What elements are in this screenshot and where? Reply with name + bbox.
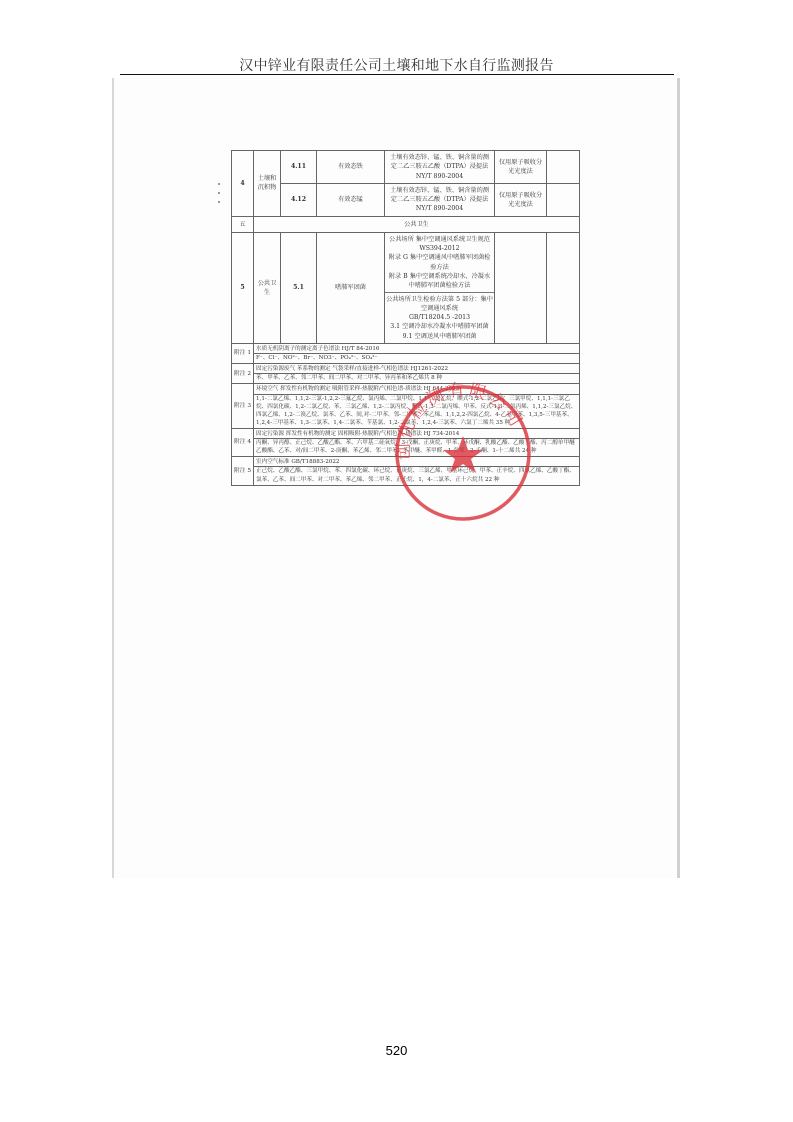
note-row: 附注 5 室内空气标准 GB/T18883-2022 正己烷、乙酸乙酯、三氯甲烷…	[232, 457, 580, 485]
table-row: 5 公共卫生 5.1 嗜肺军团菌 公共场所 集中空调通风系统卫生规范 WS394…	[232, 232, 580, 343]
note-row: 附注 3 环境空气 挥发性有机物的测定 吸附管采样-热脱附/气相色谱-质谱法 H…	[232, 384, 580, 429]
note-content: 固定污染源 挥发性有机物的测定 固相吸附-热脱附/气相色谱-质谱法 HJ 734…	[254, 429, 580, 457]
note-content: 室内空气标准 GB/T18883-2022 正己烷、乙酸乙酯、三氯甲烷、苯、四氯…	[254, 457, 580, 485]
item-standard: NY/T 890-2004	[416, 173, 463, 180]
binding-marks	[218, 183, 222, 217]
method-table: 4 土壤和沉积物 4.11 有效态铁 土壤有效态锌、锰、铁、铜含量的测定二乙三胺…	[231, 150, 580, 486]
section-title: 公共卫生	[254, 216, 580, 232]
item-instrument	[495, 232, 547, 343]
group-category: 土壤和沉积物	[254, 151, 281, 217]
item-method: 土壤有效态锌、锰、铁、铜含量的测定二乙三胺五乙酸（DTPA）浸提法 NY/T 8…	[385, 151, 495, 184]
note-label: 附注 4	[232, 429, 254, 457]
note-row: 附注 2 固定污染源废气 苯系物的测定 气袋采样/直接进样-气相色谱法 HJ12…	[232, 364, 580, 384]
note-content: 水质无机阴离子的测定离子色谱法 HJ/T 84-2016 F⁻、Cl⁻、NO²⁻…	[254, 344, 580, 364]
item-method: 土壤有效态锌、锰、铁、铜含量的测定二乙三胺五乙酸（DTPA）浸提法 NY/T 8…	[385, 183, 495, 216]
section-row: 五 公共卫生	[232, 216, 580, 232]
item-remark	[547, 151, 580, 184]
item-code: 4.11	[281, 151, 317, 184]
group-number: 4	[232, 151, 254, 217]
table-row: 4.12 有效态锰 土壤有效态锌、锰、铁、铜含量的测定二乙三胺五乙酸（DTPA）…	[232, 183, 580, 216]
item-code: 4.12	[281, 183, 317, 216]
page-number: 520	[0, 1043, 793, 1058]
item-standard: NY/T 890-2004	[416, 205, 463, 212]
note-row: 附注 4 固定污染源 挥发性有机物的测定 固相吸附-热脱附/气相色谱-质谱法 H…	[232, 429, 580, 457]
item-name: 有效态铁	[317, 151, 385, 184]
note-label: 附注 1	[232, 344, 254, 364]
item-remark	[547, 183, 580, 216]
note-row: 附注 1 水质无机阴离子的测定离子色谱法 HJ/T 84-2016 F⁻、Cl⁻…	[232, 344, 580, 364]
item-name: 有效态锰	[317, 183, 385, 216]
item-code: 5.1	[281, 232, 317, 343]
group-number: 5	[232, 232, 254, 343]
group-category: 公共卫生	[254, 232, 281, 343]
item-method-alt: 公共场所卫生检验方法第 5 部分：集中空调通风系统 GB/T18204.5 -2…	[385, 292, 494, 341]
note-content: 固定污染源废气 苯系物的测定 气袋采样/直接进样-气相色谱法 HJ1261-20…	[254, 364, 580, 384]
item-method: 公共场所 集中空调通风系统卫生规范 WS394-2012 附录 G 集中空调通风…	[385, 232, 495, 343]
item-instrument: 仅用原子吸收分光光度法	[495, 183, 547, 216]
header-divider	[120, 74, 674, 75]
note-content: 环境空气 挥发性有机物的测定 吸附管采样-热脱附/气相色谱-质谱法 HJ 644…	[254, 384, 580, 429]
note-label: 附注 2	[232, 364, 254, 384]
table-row: 4 土壤和沉积物 4.11 有效态铁 土壤有效态锌、锰、铁、铜含量的测定二乙三胺…	[232, 151, 580, 184]
section-number: 五	[232, 216, 254, 232]
item-instrument: 仅用原子吸收分光光度法	[495, 151, 547, 184]
note-label: 附注 5	[232, 457, 254, 485]
note-label: 附注 3	[232, 384, 254, 429]
report-header-title: 汉中锌业有限责任公司土壤和地下水自行监测报告	[0, 55, 793, 75]
item-remark	[547, 232, 580, 343]
item-name: 嗜肺军团菌	[317, 232, 385, 343]
